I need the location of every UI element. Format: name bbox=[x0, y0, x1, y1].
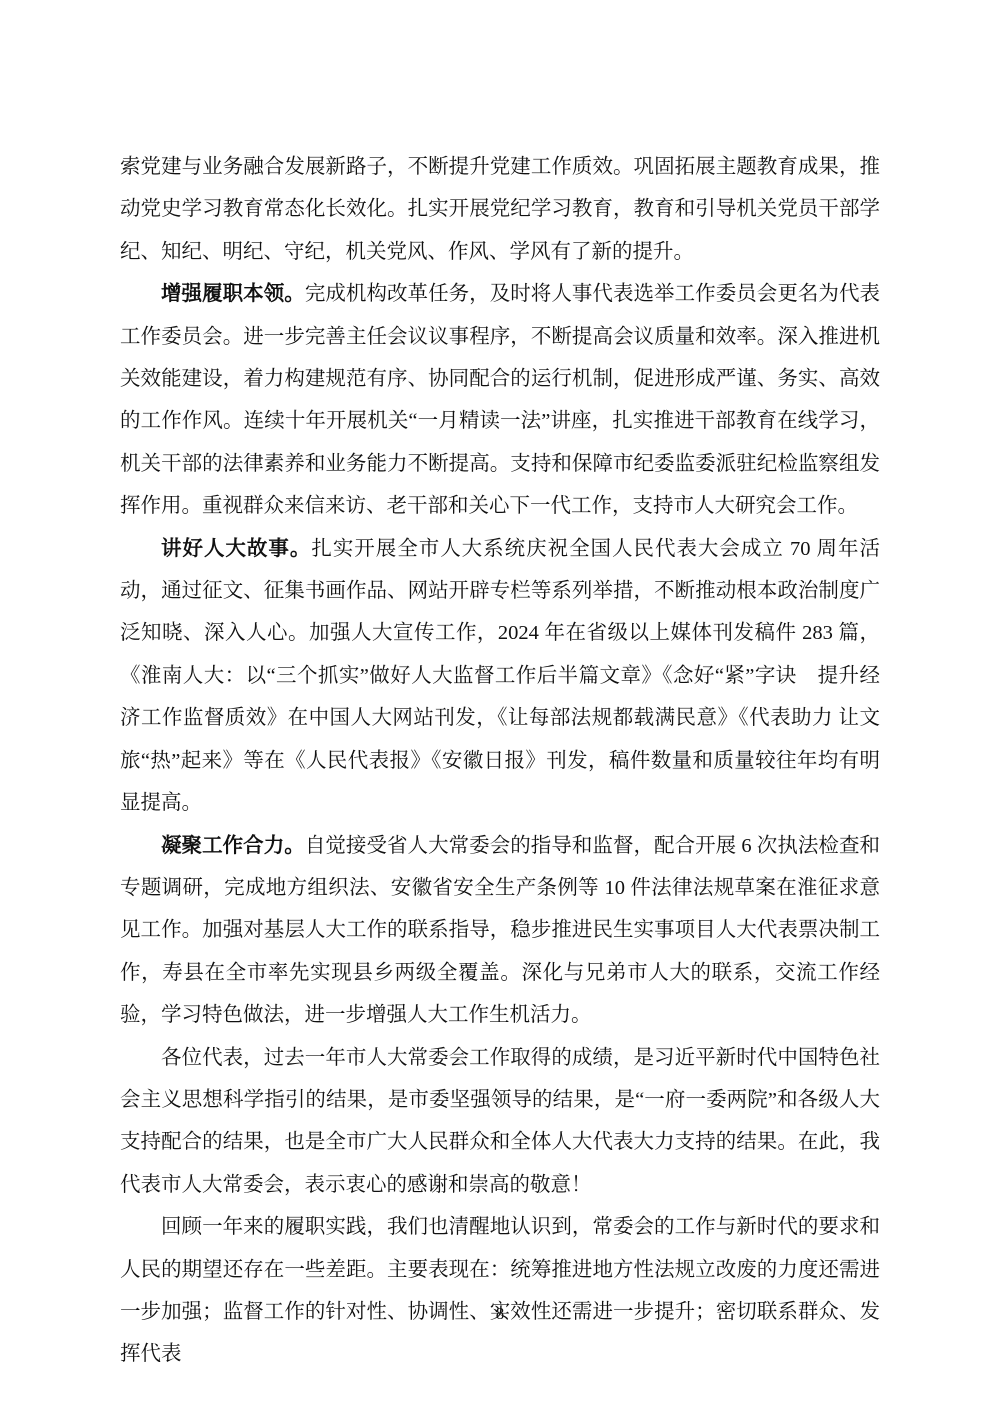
page-number: 8 bbox=[0, 1302, 1000, 1326]
paragraph-lead: 讲好人大故事。 bbox=[161, 538, 311, 560]
paragraph: 讲好人大故事。扎实开展全市人大系统庆祝全国人民代表大会成立 70 周年活动，通过… bbox=[120, 528, 880, 825]
paragraph: 索党建与业务融合发展新路子，不断提升党建工作质效。巩固拓展主题教育成果，推动党史… bbox=[120, 146, 880, 273]
paragraph-text: 索党建与业务融合发展新路子，不断提升党建工作质效。巩固拓展主题教育成果，推动党史… bbox=[120, 156, 880, 263]
paragraph: 凝聚工作合力。自觉接受省人大常委会的指导和监督，配合开展 6 次执法检查和专题调… bbox=[120, 825, 880, 1037]
paragraph: 回顾一年来的履职实践，我们也清醒地认识到，常委会的工作与新时代的要求和人民的期望… bbox=[120, 1206, 880, 1376]
paragraph-text: 完成机构改革任务，及时将人事代表选举工作委员会更名为代表工作委员会。进一步完善主… bbox=[120, 283, 880, 517]
document-body: 索党建与业务融合发展新路子，不断提升党建工作质效。巩固拓展主题教育成果，推动党史… bbox=[120, 146, 880, 1376]
paragraph-text: 自觉接受省人大常委会的指导和监督，配合开展 6 次执法检查和专题调研，完成地方组… bbox=[120, 835, 880, 1027]
paragraph: 增强履职本领。完成机构改革任务，及时将人事代表选举工作委员会更名为代表工作委员会… bbox=[120, 273, 880, 527]
document-page: 索党建与业务融合发展新路子，不断提升党建工作质效。巩固拓展主题教育成果，推动党史… bbox=[0, 0, 1000, 1415]
paragraph-text: 各位代表，过去一年市人大常委会工作取得的成绩，是习近平新时代中国特色社会主义思想… bbox=[120, 1047, 880, 1196]
paragraph-lead: 增强履职本领。 bbox=[161, 283, 305, 305]
paragraph: 各位代表，过去一年市人大常委会工作取得的成绩，是习近平新时代中国特色社会主义思想… bbox=[120, 1037, 880, 1207]
paragraph-text: 扎实开展全市人大系统庆祝全国人民代表大会成立 70 周年活动，通过征文、征集书画… bbox=[120, 538, 880, 814]
paragraph-lead: 凝聚工作合力。 bbox=[161, 835, 305, 857]
paragraph-text: 回顾一年来的履职实践，我们也清醒地认识到，常委会的工作与新时代的要求和人民的期望… bbox=[120, 1216, 880, 1365]
